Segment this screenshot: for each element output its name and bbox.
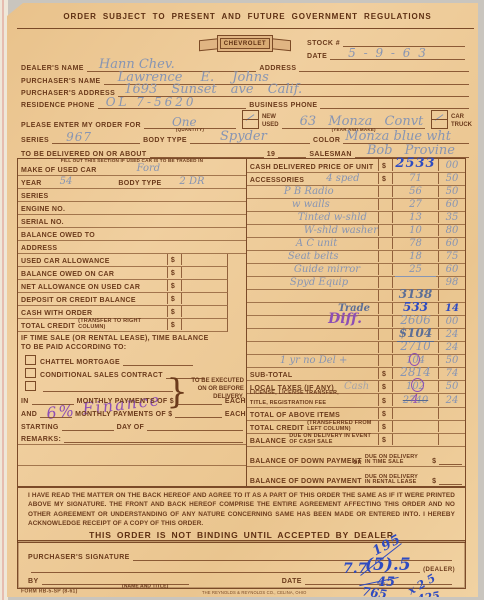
license-row: LICENSE, LICENSE TRANSFER, TITLE, REGIST… [247,394,465,408]
accessory-name: Seat belts [288,251,378,262]
pricing-column: CASH DELIVERED PRICE OF UNIT $ 2533 00 A… [247,159,465,486]
accessory-amt-hw: 18 [409,251,422,262]
license-purple-overlay: 4 [411,392,419,406]
chattel-mortgage-label: CHATTEL MORTGAGE [40,359,120,366]
dollar-sign: $ [378,381,392,392]
deposit-credit-row: DEPOSIT OR CREDIT BALANCE $ [18,293,228,306]
new-used-checkbox [242,110,259,129]
balance-due-row: BALANCE DUE ON DELIVERY IN EVENT OF CASH… [247,434,465,447]
accessory-name: A C unit [296,238,378,249]
accessory-cents-hw: 60 [446,238,459,249]
license-cents-hw: 24 [446,395,459,406]
balance-owed-amount [181,267,227,278]
arith-label-hw: Diff. [250,311,378,327]
other-finance-checkbox [25,381,36,391]
in-count-line [32,392,74,405]
monthly-payments-label-1: MONTHLY PAYMENTS OF $ [77,398,174,405]
new-label: NEW [262,113,279,121]
total-credit-cents [438,421,465,432]
money-col [378,290,392,301]
salesman-label: SALESMAN [309,151,351,158]
accessory-amt-hw: 27 [409,199,422,210]
arith-cents [438,290,465,301]
dollar-sign: $ [378,394,392,406]
purchaser-name-label: PURCHASER'S NAME [21,78,101,85]
pencil-underline [395,276,436,277]
cash-price-handwritten: 2533 [395,156,435,171]
dollar-sign: $ [167,293,181,304]
accessory-cents-hw: 80 [446,225,459,236]
accessory-cents: 60 [438,199,465,210]
accessory-amount: 10 [392,225,438,236]
accessory-cents: 60 [438,238,465,249]
accessory-cents-hw: 50 [446,186,459,197]
accessory-amt-hw: 10 [409,225,422,236]
purple-circle-mark [411,378,424,392]
body-type-field: Spyder [190,131,310,144]
net-allowance-label: NET ALLOWANCE ON USED CAR [21,284,167,291]
cash-with-order-label: CASH WITH ORDER [21,310,167,317]
name-title-note: (NAME AND TITLE) [122,584,168,589]
accessory-name: Tinted w-shld [298,212,378,223]
accessory-cents-hw: 60 [446,264,459,275]
balance-label: BALANCE [250,438,286,445]
balance-owed-on-car-label: BALANCE OWED ON CAR [21,271,167,278]
net-allowance-amount [181,280,227,291]
arith-cents: 50 [438,355,465,366]
arith-cents: 00 [438,316,465,327]
chattel-checkbox [25,355,36,365]
new-checkbox-cell [243,111,258,119]
arith-amount: 2710 [392,342,438,353]
color-label: COLOR [313,137,340,144]
remarks-empty-box-2 [18,466,246,486]
truck-label: TRUCK [451,121,472,129]
dealer-address-field [299,59,469,72]
accessory-name: w walls [292,199,378,210]
arith-cents-hw: 00 [446,316,459,327]
time-sale-text-row: IF TIME SALE (OR RENTAL LEASE), TIME BAL… [18,332,246,354]
body-type-handwritten: Spyder [220,129,267,144]
arith-cents-hw: 14 [445,303,459,314]
taxes-amount: 102 [392,381,438,392]
money-col [378,277,392,288]
accessories-row-6: Seat belts 18 75 [247,251,465,264]
dollar-sign: $ [378,434,392,445]
arith-label-hw: 1 yr no Del + [280,355,378,366]
accessories-row-1: P B Radio 56 50 [247,186,465,199]
license-label-line1: LICENSE, LICENSE TRANSFER, [250,390,339,396]
used-label: USED [262,121,279,129]
cash-price-row: CASH DELIVERED PRICE OF UNIT $ 2533 00 [247,159,465,173]
arith-row-4: 2710 24 [247,342,465,355]
starting-line [62,418,114,431]
total-credit-label: TOTAL CREDIT [250,425,304,432]
accessory-amount: 18 [392,251,438,262]
time-sale-text: IF TIME SALE (OR RENTAL LEASE), TIME BAL… [21,334,246,352]
body-type-label: BODY TYPE [143,137,187,144]
deliver-label: TO BE DELIVERED ON OR ABOUT [21,151,147,158]
order-table: FILL OUT THIS SECTION IF USED CAR IS TO … [17,158,466,487]
accessory-amount: 78 [392,238,438,249]
order-quantity-row: PLEASE ENTER MY ORDER FOR One (QUANTITY)… [21,109,472,129]
money-col [378,355,392,366]
date-handwritten: 5 - 9 - 6 3 [348,46,428,60]
form-title: ORDER SUBJECT TO PRESENT AND FUTURE GOVE… [37,12,458,21]
accessory-name: Spyd Equip [290,277,378,288]
arith-cents-hw: 24 [446,342,459,353]
each-label-1: EACH [225,398,246,405]
total-above-items-label: TOTAL OF ABOVE ITEMS [250,412,378,419]
accessory-cents: 50 [438,186,465,197]
accessory-amt-hw: 71 [409,173,422,184]
money-col [378,199,392,210]
money-col [378,342,392,353]
arith-amt-hw: 3138 [399,287,432,301]
dollar-sign: $ [167,254,181,265]
pencil-sum-line [397,341,434,342]
used-car-make-handwritten: Ford [137,163,161,174]
series-field: 967 [52,131,140,144]
cash-price-cents: 00 [438,159,465,171]
chevrolet-logo-icon: CHEVROLET [199,34,291,53]
dealer-name-label: DEALER'S NAME [21,65,84,72]
accessory-cents-hw: 98 [446,277,459,288]
dollar-sign: $ [167,267,181,278]
remarks-label: REMARKS: [21,436,61,443]
money-col [378,186,392,197]
total-credit-sub: (TRANSFERRED FROM LEFT COLUMN) [307,421,378,432]
license-amount: 27404 [392,394,438,406]
accessory-amt-hw: 25 [409,264,422,275]
and-label: AND [21,411,37,418]
car-truck-labels: CAR TRUCK [451,113,472,129]
quantity-handwritten: One [172,115,197,129]
down-payment-rental-line [439,466,462,485]
chattel-mortgage-row: CHATTEL MORTGAGE [18,354,246,367]
arith-amt-hw: 2606 [400,313,431,327]
accessories-row-5: A C unit 78 60 [247,238,465,251]
accessory-cents: 75 [438,251,465,262]
remarks-line [64,431,243,443]
monthly-payments-label-2: MONTHLY PAYMENTS OF $ [75,411,172,418]
new-used-labels: NEW USED [262,113,279,129]
accessory-cents: 50 [438,173,465,184]
accessory-name: P B Radio [284,186,378,197]
serial-no-label: SERIAL NO. [21,219,64,226]
pen-scribble-77: 7.7 [343,561,367,577]
accessory-cents-hw: 60 [446,199,459,210]
series-label: SERIES [21,137,49,144]
used-checkbox-cell [243,119,258,128]
conditional-sales-label: CONDITIONAL SALES CONTRACT [40,372,163,379]
year-make-field: 63 Monza Convt (YEAR AND MAKE) [282,108,425,129]
license-label-line2: TITLE, REGISTRATION FEE [250,400,326,406]
money-col [378,212,392,223]
order-form-paper: ORDER SUBJECT TO PRESENT AND FUTURE GOVE… [7,3,478,597]
subtotal-cents-hw: 74 [446,368,459,379]
car-checkbox-cell [432,111,447,119]
balance-due-cents [438,434,465,445]
accessory-cents: 98 [438,277,465,288]
accessory-name: Guide mirror [294,264,378,275]
taxes-cents: 50 [438,381,465,392]
total-items-cents [438,408,465,419]
day-of-line [147,418,243,431]
dollar-sign: $ [167,319,181,330]
dollar-sign: $ [378,421,392,432]
used-car-engine-row: ENGINE NO. [18,202,246,215]
total-credit-left-row: TOTAL CREDIT (TRANSFER TO RIGHT COLUMN) … [18,319,228,332]
color-handwritten: Monza blue wht [345,129,451,144]
printer-imprint: THE REYNOLDS & REYNOLDS CO., CELINA, OHI… [202,591,306,596]
subtotal-cents: 74 [438,368,465,379]
conditional-checkbox [25,368,36,378]
total-credit-amount [392,421,438,432]
accessories-label: ACCESSORIES [250,177,304,184]
arith-amt-hw: 533 [403,300,428,314]
accessory-amount: 25 [392,264,438,275]
balance-owed-on-car-row: BALANCE OWED ON CAR $ [18,267,228,280]
used-car-allowance-row: USED CAR ALLOWANCE $ [18,254,228,267]
starting-label: STARTING [21,424,59,431]
cash-with-order-amount [181,306,227,317]
agreement-text: I HAVE READ THE MATTER ON THE BACK HEREO… [28,491,455,528]
arith-cents: 24 [438,329,465,340]
license-cents: 24 [438,394,465,406]
arith-cents: 24 [438,342,465,353]
money-col [378,238,392,249]
arith-row-5: 1 yr no Del + 104 50 [247,355,465,368]
logo-text: CHEVROLET [224,41,266,47]
down2-sub2: IN RENTAL LEASE [365,479,417,485]
accessories-row-0: ACCESSORIES 4 sped $ 71 50 [247,173,465,186]
residence-phone-label: RESIDENCE PHONE [21,102,95,109]
balance-due-amount [392,434,438,445]
used-car-address-label: ADDRESS [21,245,57,252]
accessory-name: 4 sped [326,173,378,184]
arith-cents-hw: 24 [446,329,459,340]
accessory-amt-hw: 78 [409,238,422,249]
accessory-amt-hw: 56 [409,186,422,197]
used-car-header-row: FILL OUT THIS SECTION IF USED CAR IS TO … [18,159,246,176]
year-19-prefix: 19 [267,151,276,158]
or-label: OR [250,461,465,467]
subtotal-label: SUB-TOTAL [250,372,378,379]
monthly-amount-line-2 [175,405,221,418]
used-car-year-row: YEAR 54 BODY TYPE 2 DR [18,176,246,189]
accessory-amount: 13 [392,212,438,223]
total-credit-left-label: TOTAL CREDIT [21,323,75,330]
used-car-body-label: BODY TYPE [118,180,161,187]
down-payment-rental-row: OR BALANCE OF DOWN PAYMENT DUE ON DELIVE… [247,467,465,486]
accessory-cents: 35 [438,212,465,223]
used-car-series-label: SERIES [21,193,48,200]
dollar-sign: $ [378,368,392,379]
engine-no-label: ENGINE NO. [21,206,65,213]
deposit-credit-label: DEPOSIT OR CREDIT BALANCE [21,297,167,304]
make-of-used-car-label: MAKE OF USED CAR [21,167,97,174]
accessories-row-3: Tinted w-shld 13 35 [247,212,465,225]
form-number: FORM RB-5-SP (8-61) [21,589,78,594]
accessory-cents-hw: 50 [446,173,459,184]
truck-checkbox-cell [432,119,447,128]
chattel-line [123,353,193,366]
quantity-field: One (QUANTITY) [144,108,236,129]
money-col [378,329,392,340]
arith-row-0: 3138 [247,290,465,303]
balance-sub: DUE ON DELIVERY IN EVENT OF CASH SALE [289,434,378,445]
cash-price-label: CASH DELIVERED PRICE OF UNIT [250,164,378,171]
title-rule [17,28,474,29]
remarks-row: REMARKS: [18,432,246,445]
bowtie-center: CHEVROLET [217,35,273,52]
used-car-address-row: ADDRESS [18,241,246,254]
cash-price-cents-handwritten: 00 [446,160,459,171]
arith-row-2: Diff. 2606 00 [247,316,465,329]
used-car-series-row: SERIES [18,189,246,202]
accessories-row-2: w walls 27 60 [247,199,465,212]
car-label: CAR [451,113,472,121]
accessory-cents-hw: 35 [446,212,459,223]
used-car-body-handwritten: 2 DR [179,176,204,187]
by-label: BY [28,578,39,585]
in-label: IN [21,398,29,405]
accessory-amount: 27 [392,199,438,210]
deliver-year-field [278,145,306,158]
down-payment-rental-label: BALANCE OF DOWN PAYMENT [250,478,362,485]
taxes-cents-hw: 50 [446,381,459,392]
arith-cents: 14 [438,303,465,314]
deliver-date-field [150,145,264,158]
year-label: YEAR [21,180,42,187]
accessory-amt-hw: 13 [409,212,422,223]
used-car-serial-row: SERIAL NO. [18,215,246,228]
money-col [378,264,392,275]
each-label-2: EACH [225,411,246,418]
balance-owed-to-label: BALANCE OWED TO [21,232,95,239]
purchaser-signature-label: PURCHASER'S SIGNATURE [28,554,130,561]
day-of-label: DAY OF [117,424,144,431]
dollar-sign: $ [167,280,181,291]
pen-scribble-765: 765 [361,584,388,600]
accessory-amount: 56 [392,186,438,197]
cash-price-amount: 2533 [392,159,438,171]
scan-edge-line [2,0,4,600]
dollar-sign: $ [167,306,181,317]
accessory-cents: 60 [438,264,465,275]
total-credit-left-sub: (TRANSFER TO RIGHT COLUMN) [78,319,167,330]
accessory-cents-hw: 75 [446,251,459,262]
and-count-line [40,405,72,418]
order-for-label: PLEASE ENTER MY ORDER FOR [21,122,141,129]
date-sig-label: DATE [282,578,302,585]
accessory-cents: 80 [438,225,465,236]
subtotal-amt-hw: 2814 [400,365,431,379]
series-handwritten: 967 [66,130,92,144]
total-credit-left-amount [181,319,227,330]
used-car-allowance-label: USED CAR ALLOWANCE [21,258,167,265]
monthly-amount-line-1 [177,392,222,405]
money-col [378,225,392,236]
stock-label: STOCK # [307,40,340,47]
accessory-name: W-shld washer [304,225,378,236]
by-name-line: (NAME AND TITLE) [42,573,189,585]
net-allowance-row: NET ALLOWANCE ON USED CAR $ [18,280,228,293]
dollar-sign: $ [378,408,392,419]
arith-amt-hw: $104 [399,326,432,340]
used-car-year-handwritten: 54 [60,176,73,187]
accessory-amount: 71 [392,173,438,184]
deposit-credit-amount [181,293,227,304]
money-col [378,251,392,262]
car-truck-checkbox [431,110,448,129]
dollar-sign: $ [378,159,392,171]
used-car-column: FILL OUT THIS SECTION IF USED CAR IS TO … [18,159,247,486]
money-col [378,303,392,314]
dollar-sign: $ [378,173,392,184]
year-make-handwritten: 63 Monza Convt [300,114,424,129]
remarks-empty-box-1 [18,445,246,466]
license-label-wrap: LICENSE, LICENSE TRANSFER, TITLE, REGIST… [250,387,378,406]
money-col [378,316,392,327]
arith-cents-hw: 50 [446,355,459,366]
used-car-allowance-amount [181,254,227,265]
used-car-section-note: FILL OUT THIS SECTION IF USED CAR IS TO … [43,159,221,164]
subtotal-row: SUB-TOTAL $ 2814 74 [247,368,465,381]
total-items-amount [392,408,438,419]
dollar-sign: $ [432,478,436,485]
down-payment-rental-sub: DUE ON DELIVERY IN RENTAL LEASE [365,475,418,485]
accessories-row-4: W-shld washer 10 80 [247,225,465,238]
balance-owed-to-row: BALANCE OWED TO [18,228,246,241]
residence-phone-handwritten: OL 7-5620 [106,95,197,109]
accessories-row-8: Spyd Equip 98 [247,277,465,290]
